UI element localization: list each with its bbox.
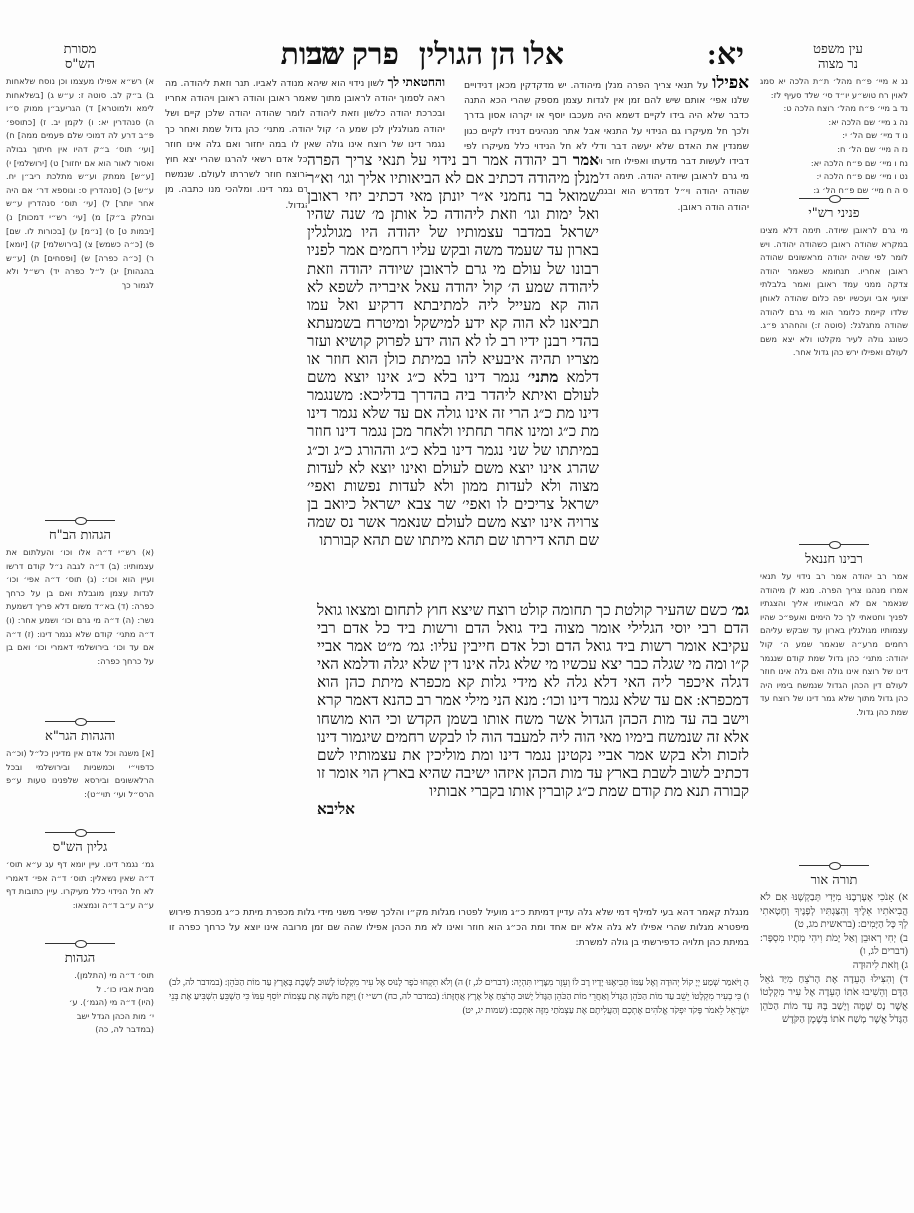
pninei-rashi-title: פניני רש"י (760, 206, 908, 221)
mishnah-passage: נגמר דינו בלא כ״ג אינו יוצא משם לעולם וא… (307, 369, 599, 549)
ornament-divider (760, 860, 908, 870)
gemara-passage: רב יהודה אמר רב נידוי על תנאי צריך הפרה … (307, 152, 599, 386)
perek-name: אלו הן הגולין (419, 38, 564, 72)
rabbeinu-chananel-title: רבינו חננאל (760, 552, 908, 567)
ner-mitzvah-label: נר מצוה (778, 57, 898, 72)
hagahot-habach-title: הגהות הב"ח (6, 528, 154, 543)
masoret-label: מסורת (40, 42, 120, 57)
gemara-marker: גמ׳ (731, 602, 749, 619)
hagahot-line: תוס׳ ד״ה מי (התלמן). (6, 969, 154, 983)
left-margin: א) רש״א אפילו מעצמו וכן נוסח שלאחות ב) ב… (6, 75, 154, 1105)
gemara-text-lower: גמ׳ כשם שהעיר קולטת כך תחומה קולט רוצח ש… (317, 602, 749, 902)
gemara-text: אמר רב יהודה אמר רב נידוי על תנאי צריך ה… (307, 150, 599, 602)
torah-or-verse: א) אָנֹכִי אֶעֶרְבֶנּוּ מִיָּדִי תְּבַקְ… (760, 891, 908, 932)
tractate-name: מכות (281, 38, 339, 72)
ein-mishpat-entry: נח ו מיי׳ שם פ״ח הלכה יא: (760, 157, 908, 171)
rabbeinu-chananel-text: אמר רב יהודה אמר רב נידוי על תנאי אמרו מ… (760, 570, 908, 860)
ein-mishpat-entry: נט ו מיי׳ שם פ״ח הלכה י: (760, 170, 908, 184)
ornament-divider (760, 539, 908, 549)
ornament-divider (760, 193, 908, 203)
rashi-dibur-hamatchil: והחטאתי לך (388, 75, 445, 89)
folio-number: יא: (707, 38, 744, 72)
pninei-rashi-text: מי גרם לראובן שיודה. תימה דלא מצינו במקר… (760, 224, 908, 449)
page-header: יא: אלו הן הגולין פרק שני מכות עין משפט … (0, 0, 914, 75)
torah-or-verse: ד) וְהִצִּילוּ הָעֵדָה אֶת הָרֹצֵחַ מִיַ… (760, 973, 908, 1027)
ein-mishpat-entry: נג א מיי׳ פ״ח מהל׳ ת״ת הלכה יא סמג לאוין… (760, 75, 908, 102)
hagahot-line: י׳ מות הכהן הגדל ישב (6, 1010, 154, 1024)
hagahot-hagra-text: [א] משנה וכל אדם אין מדינין כל״ל (וכ״ה כ… (6, 747, 154, 827)
tosafot-dibur-hamatchil: אפילו (712, 75, 749, 92)
rashi-bottom: מנגלת קאמר דהא בעי למילף דמי שלא גלה עדי… (169, 905, 749, 963)
gilyon-hashas-title: גליון הש"ס (6, 840, 154, 855)
ein-mishpat-label: עין משפט (778, 42, 898, 57)
hagahot-title: הגהות (6, 951, 154, 966)
hagahot-habach-text: (א) רש״י ד״ה אלו וכו׳ והעלתום את עצמותיו… (6, 546, 154, 716)
hagahot-hagra-title: והגהות הגר"א (6, 729, 154, 744)
ein-mishpat-entry: ס ה ח מיי׳ שם פ״ח הל׳ ג: (760, 184, 908, 193)
right-margin: נג א מיי׳ פ״ח מהל׳ ת״ת הלכה יא סמג לאוין… (760, 75, 908, 1105)
ein-mishpat-entry: נה ג מיי׳ שם הלכה יא: (760, 116, 908, 130)
ornament-divider (6, 938, 154, 948)
ornament-divider (6, 827, 154, 837)
hagahot-line: מבית אביו כו׳. ל (6, 983, 154, 997)
ein-mishpat-heading: עין משפט נר מצוה (778, 42, 898, 72)
ornament-divider (6, 716, 154, 726)
hagahot-text: תוס׳ ד״ה מי (התלמן). מבית אביו כו׳. ל (ה… (6, 969, 154, 1049)
ein-mishpat-entry: נז ה מיי׳ שם הל׳ ח: (760, 143, 908, 157)
torah-or-title: תורה אור (760, 873, 908, 888)
masoret-hashas-text: א) רש״א אפילו מעצמו וכן נוסח שלאחות ב) ב… (6, 75, 154, 515)
mishnah-marker: מתני׳ (528, 369, 559, 386)
ornament-divider (6, 515, 154, 525)
masoret-hashas-heading: מסורת הש"ס (40, 42, 120, 72)
gemara-lead-word: אמר (573, 152, 599, 169)
gemara-passage-lower: כשם שהעיר קולטת כך תחומה קולט רוצח שיצא … (317, 602, 749, 800)
ein-mishpat-entry: נד ב מיי׳ פ״ח מהל׳ רוצח הלכה ט: (760, 102, 908, 116)
hashas-label: הש"ס (40, 57, 120, 72)
ein-mishpat-entries: נג א מיי׳ פ״ח מהל׳ ת״ת הלכה יא סמג לאוין… (760, 75, 908, 193)
torah-or-entries: א) אָנֹכִי אֶעֶרְבֶנּוּ מִיָּדִי תְּבַקְ… (760, 891, 908, 1051)
torah-or-verse: ב) יְחִי רְאוּבֵן וְאַל יָמֹת וִיהִי מְת… (760, 932, 908, 959)
torah-or-verse: ג) וְזֹאת לִיהוּדָה (760, 959, 908, 973)
gemara-closing-word: אליבא (317, 801, 749, 819)
gilyon-hashas-text: גמ׳ נגמר דינו. עיין יומא דף עג ע״א תוס׳ … (6, 858, 154, 938)
hagahot-line: (היו) ד״ה מי (הגמ׳). ע׳ (6, 996, 154, 1010)
hagahot-line: (במדבר לה, כה) (6, 1023, 154, 1037)
ein-mishpat-entry: נו ד מיי׳ שם הל׳ י: (760, 129, 908, 143)
